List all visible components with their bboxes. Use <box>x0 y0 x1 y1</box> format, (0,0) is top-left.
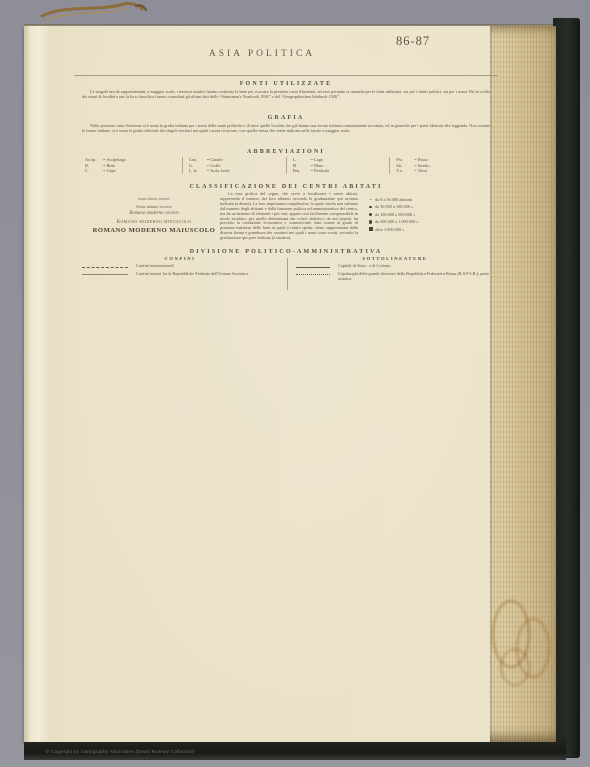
population-class-row: da 50.000 a 100.000 » <box>366 204 494 209</box>
abbr-definition: = Capo <box>103 168 176 174</box>
solid-underline-sample-icon <box>296 267 330 269</box>
page-content: 86-87 ASIA POLITICA FONTI UTILIZZATE Le … <box>24 26 490 742</box>
fonti-paragraph: Le singole tavole rappresentanti, a magg… <box>82 90 490 100</box>
section-heading-grafia: GRAFIA <box>74 115 498 121</box>
section-heading-abbreviazioni: ABBREVIAZIONI <box>74 149 498 155</box>
fore-edge-stain <box>500 648 530 686</box>
confini-column: CONFINI Confini internazionali Confini i… <box>82 256 278 280</box>
population-class-row: oltre 1.000.000 » <box>366 227 494 232</box>
population-class-row: da 100.000 a 500.000 » <box>366 212 494 217</box>
abbr: T.a <box>396 168 414 174</box>
population-classes-table: da 0 a 50.000 abitanti da 50.000 a 100.0… <box>366 197 494 234</box>
sample-name-italic-small: Nome abitato corsivo <box>79 204 229 209</box>
solid-boundary-sample-icon <box>82 274 128 276</box>
sample-name-caps-bold: ROMANO MODERNO MAIUSCOLO <box>79 227 229 234</box>
population-range: da 0 a 50.000 abitanti <box>375 197 412 202</box>
fonti-text: Le singole tavole rappresentanti, a magg… <box>82 90 490 100</box>
population-range: da 500.000 a 1.000.000 » <box>375 219 419 224</box>
legend-label: Confini internazionali <box>136 264 174 269</box>
legend-row: Capoluoghi delle grandi divisioni della … <box>296 272 494 282</box>
classification-paragraph: La resa grafica del segno, che serve a l… <box>220 192 358 241</box>
page-title: ASIA POLITICA <box>162 49 362 59</box>
legend-row: Confini internazionali <box>82 264 278 269</box>
sottolineature-heading: SOTTOLINEATURE <box>296 256 494 261</box>
population-range: da 100.000 a 500.000 » <box>375 212 415 217</box>
sample-name-smallcaps: Romano moderno minuscolo <box>79 219 229 225</box>
grafia-text: Nella presente carta d'insieme si è usat… <box>82 124 490 134</box>
dot-smallest-icon <box>366 199 375 201</box>
abbr-definition: = Terra <box>414 168 487 174</box>
abbr-definition: = Penisola <box>311 168 384 174</box>
horizontal-rule <box>74 75 498 76</box>
sample-name-minor: nome abitato minore <box>79 197 229 201</box>
page-number: 86-87 <box>396 34 430 49</box>
square-icon <box>366 227 375 231</box>
abbreviation-row: T.a = Terra <box>396 168 487 174</box>
dotted-underline-sample-icon <box>296 274 330 281</box>
legend-row: Confini interni fra le Repubbliche Feder… <box>82 272 278 277</box>
legend-label: Confini interni fra le Repubbliche Feder… <box>136 272 249 277</box>
abbreviation-group: L. = Lago M. = Mare Pen. = Penisola <box>286 157 390 174</box>
grafia-paragraph: Nella presente carta d'insieme si è usat… <box>82 124 490 134</box>
scan-copyright-text: © Copyright by Cartography Associates (D… <box>46 749 195 754</box>
legend-row: Capitali di Stato . e di Colonia . <box>296 264 494 269</box>
population-class-row: da 0 a 50.000 abitanti <box>366 197 494 202</box>
legend-label: Capoluoghi delle grandi divisioni della … <box>338 272 494 282</box>
abbreviations-table: Arcip. = Arcipelago B. = Baia C. = Capo … <box>79 157 493 174</box>
classification-text: La resa grafica del segno, che serve a l… <box>220 192 358 241</box>
typography-samples: nome abitato minore Nome abitato corsivo… <box>79 197 229 237</box>
abbr: Pen. <box>293 168 311 174</box>
population-range: oltre 1.000.000 » <box>375 227 404 232</box>
sottolineature-column: SOTTOLINEATURE Capitali di Stato . e di … <box>296 256 494 285</box>
dashed-boundary-sample-icon <box>82 267 128 269</box>
column-divider <box>287 258 288 290</box>
dot-large-icon <box>366 220 375 224</box>
abbreviation-row: Pen. = Penisola <box>293 168 384 174</box>
abbr: C. <box>85 168 103 174</box>
section-heading-fonti: FONTI UTILIZZATE <box>74 81 498 87</box>
abbreviation-row: I., Is = Isola, Isole <box>189 168 280 174</box>
abbr-definition: = Isola, Isole <box>207 168 280 174</box>
legend-label: Capitali di Stato . e di Colonia . <box>338 264 392 269</box>
population-range: da 50.000 a 100.000 » <box>375 204 413 209</box>
abbreviation-group: Can. = Canale G. = Golfo I., Is = Isola,… <box>182 157 286 174</box>
book-cover-right-edge <box>553 18 580 758</box>
confini-heading: CONFINI <box>82 256 278 261</box>
population-class-row: da 500.000 a 1.000.000 » <box>366 219 494 224</box>
sample-name-italic: Romano moderno corsivo <box>79 211 229 216</box>
abbreviation-group: Pso = Passo Str. = Stretto T.a = Terra <box>389 157 493 174</box>
political-division-block: CONFINI Confini internazionali Confini i… <box>74 256 498 294</box>
abbr: I., Is <box>189 168 207 174</box>
section-heading-divisione: DIVISIONE POLITICO-AMMINISTRATIVA <box>74 249 498 255</box>
abbreviation-group: Arcip. = Arcipelago B. = Baia C. = Capo <box>79 157 182 174</box>
abbreviation-row: C. = Capo <box>85 168 176 174</box>
classification-block: nome abitato minore Nome abitato corsivo… <box>74 191 498 245</box>
section-heading-classificazione: CLASSIFICAZIONE DEI CENTRI ABITATI <box>74 184 498 190</box>
dot-small-icon <box>366 206 375 208</box>
dot-medium-icon <box>366 213 375 216</box>
